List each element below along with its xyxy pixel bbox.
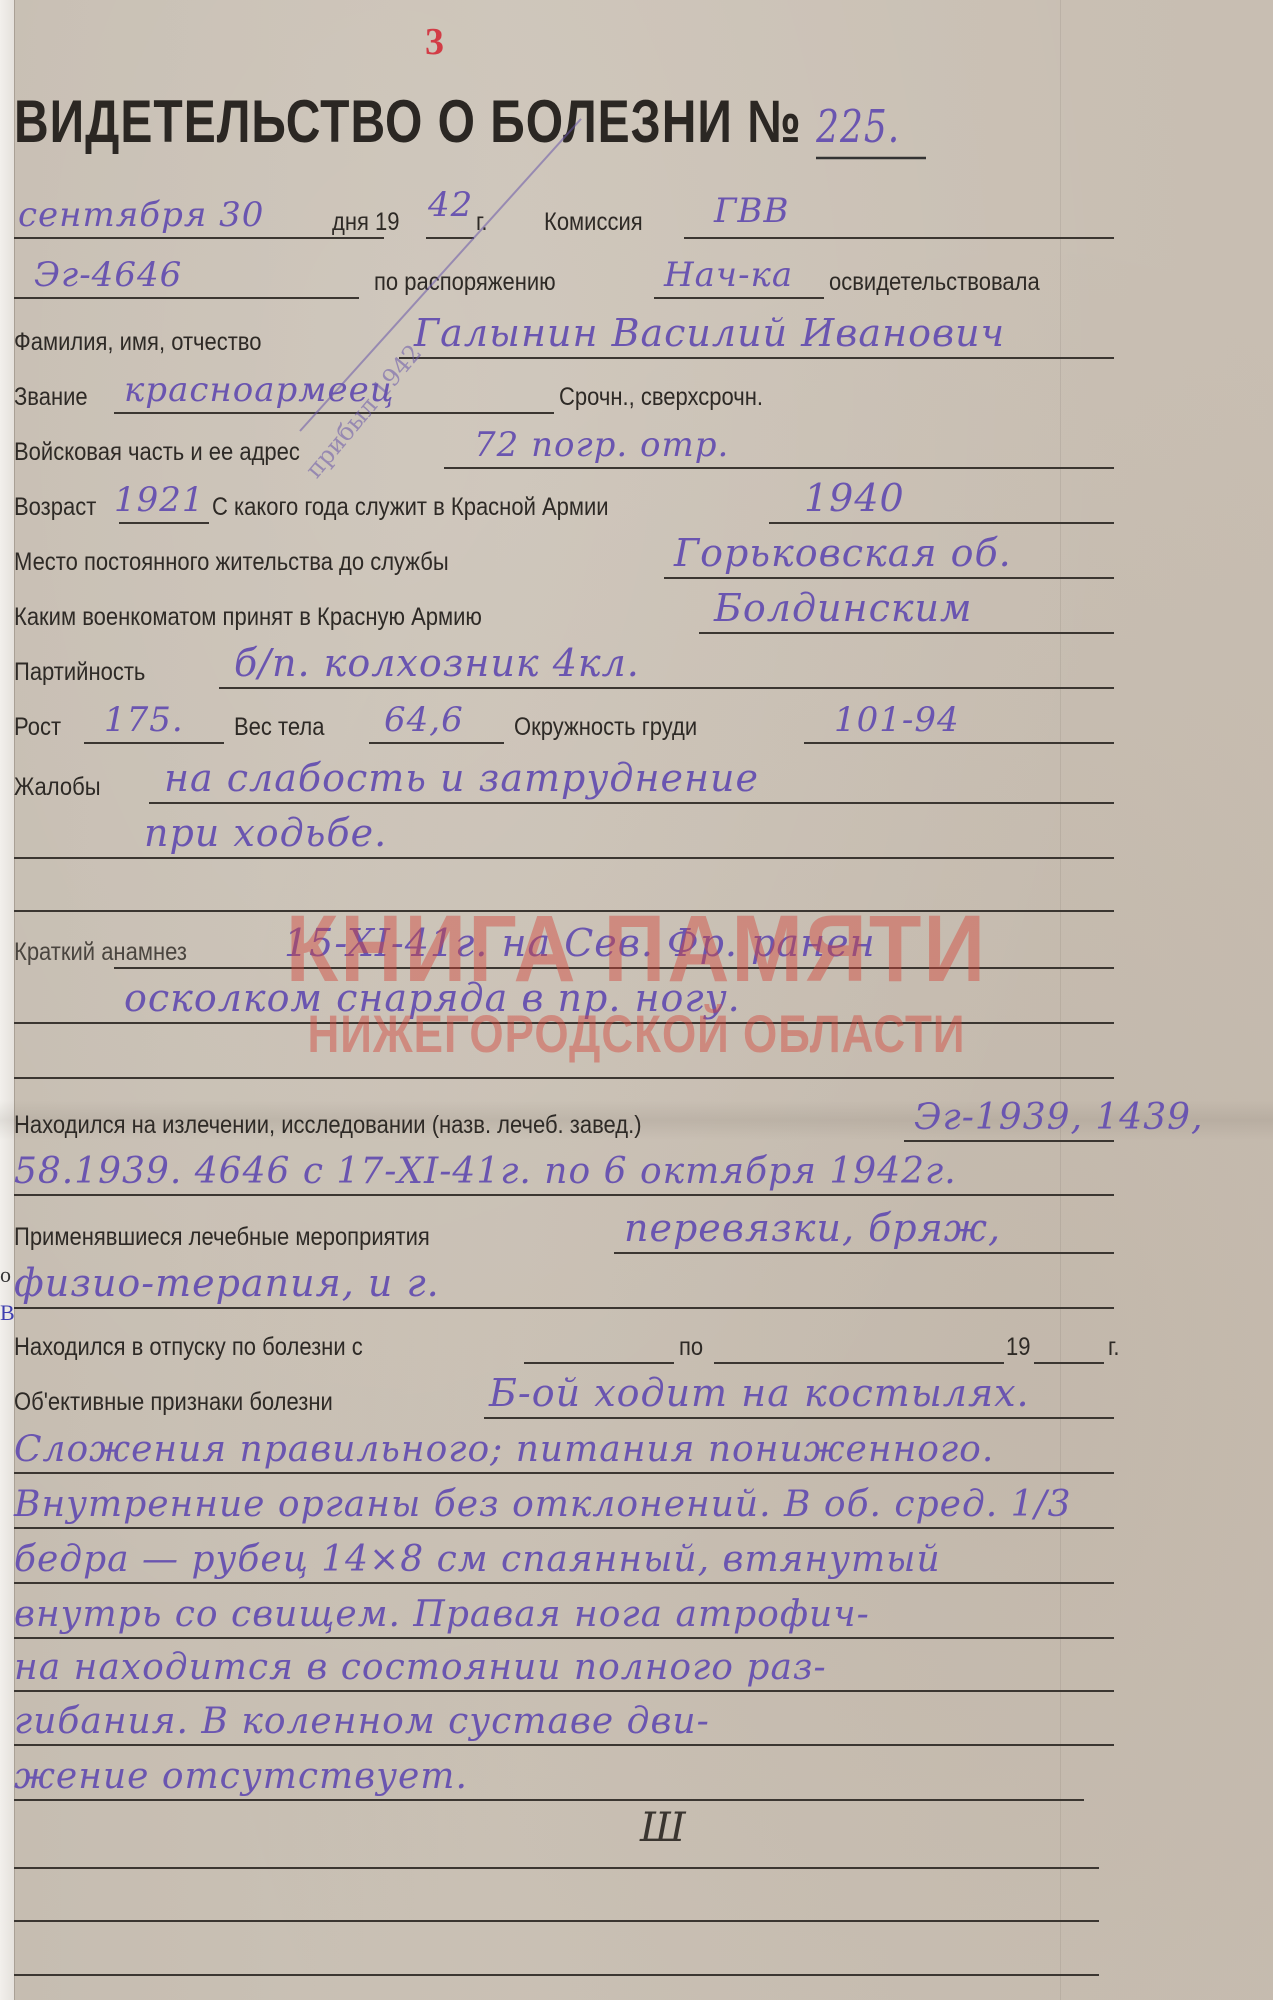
treatment-measures-line: физио-терапия, и г.: [14, 1261, 440, 1305]
row-objective-cont: внутрь со свищем. Правая нога атрофич-: [14, 1595, 1124, 1645]
label-age: Возраст: [14, 492, 96, 522]
label-name: Фамилия, имя, отчество: [14, 327, 261, 357]
label-height: Рост: [14, 712, 61, 742]
complaints-line: на слабость и затруднение: [164, 756, 759, 800]
treatment-place-value: Эг-1939, 1439,: [914, 1097, 1203, 1138]
objective-line: гибания. В коленном суставе дви-: [14, 1701, 710, 1742]
height-value: 175.: [104, 700, 184, 740]
complaints-line: при ходьбе.: [144, 811, 387, 855]
row-treatment-measures-cont: физио-терапия, и г.: [14, 1265, 1124, 1315]
document-title: ВИДЕТЕЛЬСТВО О БОЛЕЗНИ № 225.: [14, 88, 926, 159]
objective-line: бедра — рубец 14×8 см спаянный, втянутый: [14, 1539, 941, 1580]
label-rank: Звание: [14, 382, 88, 412]
treatment-measures-value: перевязки, бряж,: [624, 1206, 1001, 1250]
party-value: б/п. колхозник 4кл.: [234, 641, 640, 685]
label-sick-leave-from: Находился в отпуску по болезни с: [14, 1332, 363, 1362]
row-order: Эг-4646 по распоряжению Нач-ка освидетел…: [14, 255, 1124, 305]
objective-line: Сложения правильного; питания пониженног…: [14, 1429, 994, 1470]
edge-fragment: В: [0, 1300, 15, 1326]
label-treatment-measures: Применявшиеся лечебные мероприятия: [14, 1222, 430, 1252]
label-objective-signs: Об'ективные признаки болезни: [14, 1387, 333, 1417]
weight-value: 64,6: [384, 700, 464, 740]
label-commission: Комиссия: [544, 207, 643, 237]
title-text: ВИДЕТЕЛЬСТВО О БОЛЕЗНИ №: [14, 89, 802, 155]
date-day-month: сентября 30: [18, 195, 264, 235]
date-year: 42: [428, 185, 473, 225]
objective-line: внутрь со свищем. Правая нога атрофич-: [14, 1594, 870, 1635]
row-objective-cont: гибания. В коленном суставе дви-: [14, 1702, 1124, 1752]
label-residence: Место постоянного жительства до службы: [14, 547, 449, 577]
row-treatment-measures: Применявшиеся лечебные мероприятия перев…: [14, 1210, 1124, 1260]
order-value: Нач-ка: [664, 255, 793, 295]
row-blank: [14, 1932, 1124, 1982]
label-complaints: Жалобы: [14, 772, 101, 802]
objective-line: жение отсутствует.: [14, 1756, 468, 1797]
label-weight: Вес тела: [234, 712, 324, 742]
commission-value: ГВВ: [714, 191, 789, 231]
row-treatment-place-cont: 58.1939. 4646 с 17-XI-41г. по 6 октября …: [14, 1152, 1124, 1202]
row-age: Возраст 1921 С какого года служит в Крас…: [14, 480, 1124, 530]
watermark-subtitle: НИЖЕГОРОДСКОЙ ОБЛАСТИ: [0, 1005, 1273, 1065]
objective-signs-value: Б-ой ходит на костылях.: [489, 1371, 1030, 1415]
row-treatment-place: Находился на излечении, исследовании (на…: [14, 1098, 1124, 1148]
corner-mark: 3: [425, 20, 444, 64]
row-blank: [14, 1878, 1124, 1928]
hospital-number: Эг-4646: [34, 255, 182, 295]
row-party: Партийность б/п. колхозник 4кл.: [14, 645, 1124, 695]
edge-fragment: о: [0, 1262, 11, 1288]
row-objective-cont: Внутренние органы без отклонений. В об. …: [14, 1485, 1124, 1535]
service-year-value: 1940: [804, 476, 905, 520]
label-unit: Войсковая часть и ее адрес: [14, 437, 300, 467]
row-date: сентября 30 дня 19 42 г. Комиссия ГВВ: [14, 195, 1124, 245]
objective-line: Внутренние органы без отклонений. В об. …: [14, 1484, 1072, 1525]
initials-mark: Ш: [640, 1805, 686, 1851]
row-objective-cont: бедра — рубец 14×8 см спаянный, втянутый: [14, 1540, 1124, 1590]
row-commissariat: Каким военкоматом принят в Красную Армию…: [14, 590, 1124, 640]
label-commissariat: Каким военкоматом принят в Красную Армию: [14, 602, 482, 632]
row-objective-cont: жение отсутствует.: [14, 1757, 1124, 1807]
label-treatment-place: Находился на излечении, исследовании (на…: [14, 1110, 642, 1140]
label-sick-leave-suffix: г.: [1108, 1332, 1119, 1362]
commissariat-value: Болдинским: [714, 586, 973, 630]
label-sick-leave-year: 19: [1006, 1332, 1030, 1362]
label-party: Партийность: [14, 657, 145, 687]
age-value: 1921: [114, 480, 205, 520]
label-examined: освидетельствовала: [829, 267, 1040, 297]
chest-value: 101-94: [834, 700, 960, 740]
row-complaints: Жалобы на слабость и затруднение: [14, 760, 1124, 810]
label-day: дня 19: [332, 207, 399, 237]
objective-line: на находится в состоянии полного раз-: [14, 1647, 827, 1688]
row-body: Рост 175. Вес тела 64,6 Окружность груди…: [14, 700, 1124, 750]
certificate-number: 225.: [816, 102, 900, 153]
row-objective-signs: Об'ективные признаки болезни Б-ой ходит …: [14, 1375, 1124, 1425]
row-complaints-cont: при ходьбе.: [14, 815, 1124, 865]
watermark-title: КНИГА ПАМЯТИ: [0, 895, 1273, 1004]
row-objective-cont: на находится в состоянии полного раз-: [14, 1648, 1124, 1698]
row-objective-cont: Сложения правильного; питания пониженног…: [14, 1430, 1124, 1480]
treatment-place-line: 58.1939. 4646 с 17-XI-41г. по 6 октября …: [14, 1151, 957, 1192]
row-blank: [14, 1825, 1124, 1875]
residence-value: Горьковская об.: [674, 531, 1012, 575]
row-sick-leave: Находился в отпуску по болезни с по 19 г…: [14, 1320, 1124, 1370]
row-residence: Место постоянного жительства до службы Г…: [14, 535, 1124, 585]
label-chest: Окружность груди: [514, 712, 697, 742]
label-sick-leave-to: по: [679, 1332, 703, 1362]
